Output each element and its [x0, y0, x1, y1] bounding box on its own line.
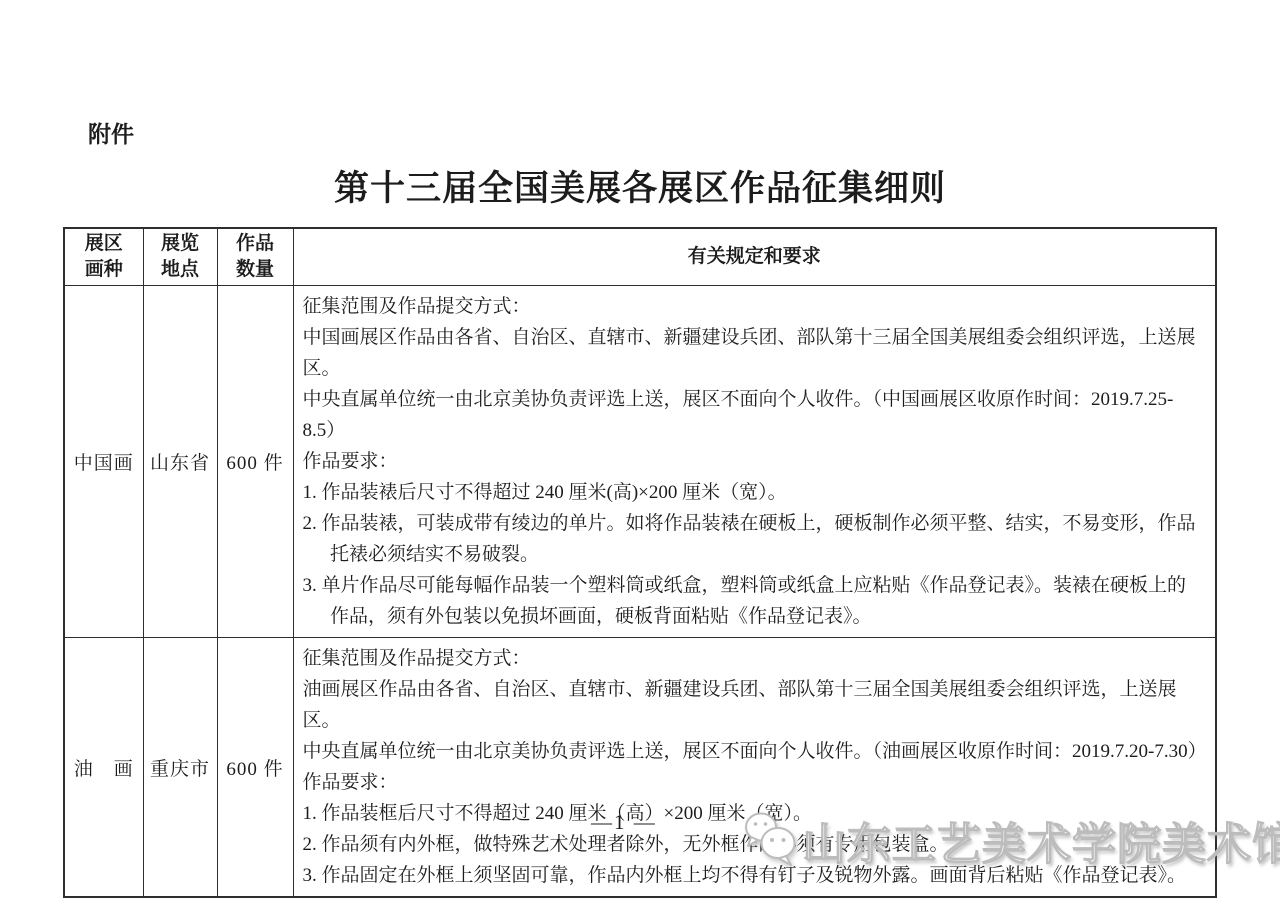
- row2-category: 油 画: [64, 638, 143, 898]
- header-quantity: 作品 数量: [217, 228, 293, 286]
- row2-req-p3: 中央直属单位统一由北京美协负责评选上送，展区不面向个人收件。（油画展区收原作时间…: [303, 736, 1204, 767]
- submission-rules-table: 展区 画种 展览 地点 作品 数量 有关规定和要求 中国画 山东省 600 件: [63, 227, 1217, 898]
- row1-req-p2: 中国画展区作品由各省、自治区、直辖市、新疆建设兵团、部队第十三届全国美展组委会组…: [303, 322, 1204, 384]
- row1-requirements: 征集范围及作品提交方式： 中国画展区作品由各省、自治区、直辖市、新疆建设兵团、部…: [293, 286, 1216, 638]
- wechat-icon: [742, 806, 798, 873]
- watermark: 山东工艺美术学院美术馆: [742, 806, 1280, 873]
- header-requirements: 有关规定和要求: [293, 228, 1216, 286]
- header-location-line2: 地点: [144, 257, 217, 283]
- page-title: 第十三届全国美展各展区作品征集细则: [0, 161, 1280, 211]
- table-row: 中国画 山东省 600 件 征集范围及作品提交方式： 中国画展区作品由各省、自治…: [64, 286, 1216, 638]
- row2-req-p4: 作品要求：: [303, 767, 1204, 798]
- header-location: 展览 地点: [143, 228, 217, 286]
- row1-category: 中国画: [64, 286, 143, 638]
- header-category: 展区 画种: [64, 228, 143, 286]
- row1-req-item2: 2. 作品装裱，可装成带有绫边的单片。如将作品装裱在硬板上，硬板制作必须平整、结…: [303, 508, 1204, 570]
- header-category-line1: 展区: [65, 231, 143, 257]
- row1-req-p1: 征集范围及作品提交方式：: [303, 291, 1204, 322]
- row1-req-p3: 中央直属单位统一由北京美协负责评选上送，展区不面向个人收件。（中国画展区收原作时…: [303, 384, 1204, 446]
- page-number: —1 —: [591, 810, 657, 835]
- header-category-line2: 画种: [65, 257, 143, 283]
- row1-req-item1: 1. 作品装裱后尺寸不得超过 240 厘米(高)×200 厘米（宽）。: [303, 477, 1204, 508]
- watermark-text: 山东工艺美术学院美术馆: [802, 808, 1280, 872]
- row2-req-p2: 油画展区作品由各省、自治区、直辖市、新疆建设兵团、部队第十三届全国美展组委会组织…: [303, 674, 1204, 736]
- row2-location: 重庆市: [143, 638, 217, 898]
- row1-req-p4: 作品要求：: [303, 446, 1204, 477]
- row1-location: 山东省: [143, 286, 217, 638]
- document-page: 附件 第十三届全国美展各展区作品征集细则 展区 画种 展览 地点 作品 数量: [0, 0, 1280, 904]
- table-header-row: 展区 画种 展览 地点 作品 数量 有关规定和要求: [64, 228, 1216, 286]
- header-location-line1: 展览: [144, 231, 217, 257]
- row2-quantity: 600 件: [217, 638, 293, 898]
- header-quantity-line2: 数量: [218, 257, 293, 283]
- attachment-label: 附件: [88, 116, 134, 149]
- row2-req-p1: 征集范围及作品提交方式：: [303, 643, 1204, 674]
- header-quantity-line1: 作品: [218, 231, 293, 257]
- row1-req-item3: 3. 单片作品尽可能每幅作品装一个塑料筒或纸盒，塑料筒或纸盒上应粘贴《作品登记表…: [303, 570, 1204, 632]
- row1-quantity: 600 件: [217, 286, 293, 638]
